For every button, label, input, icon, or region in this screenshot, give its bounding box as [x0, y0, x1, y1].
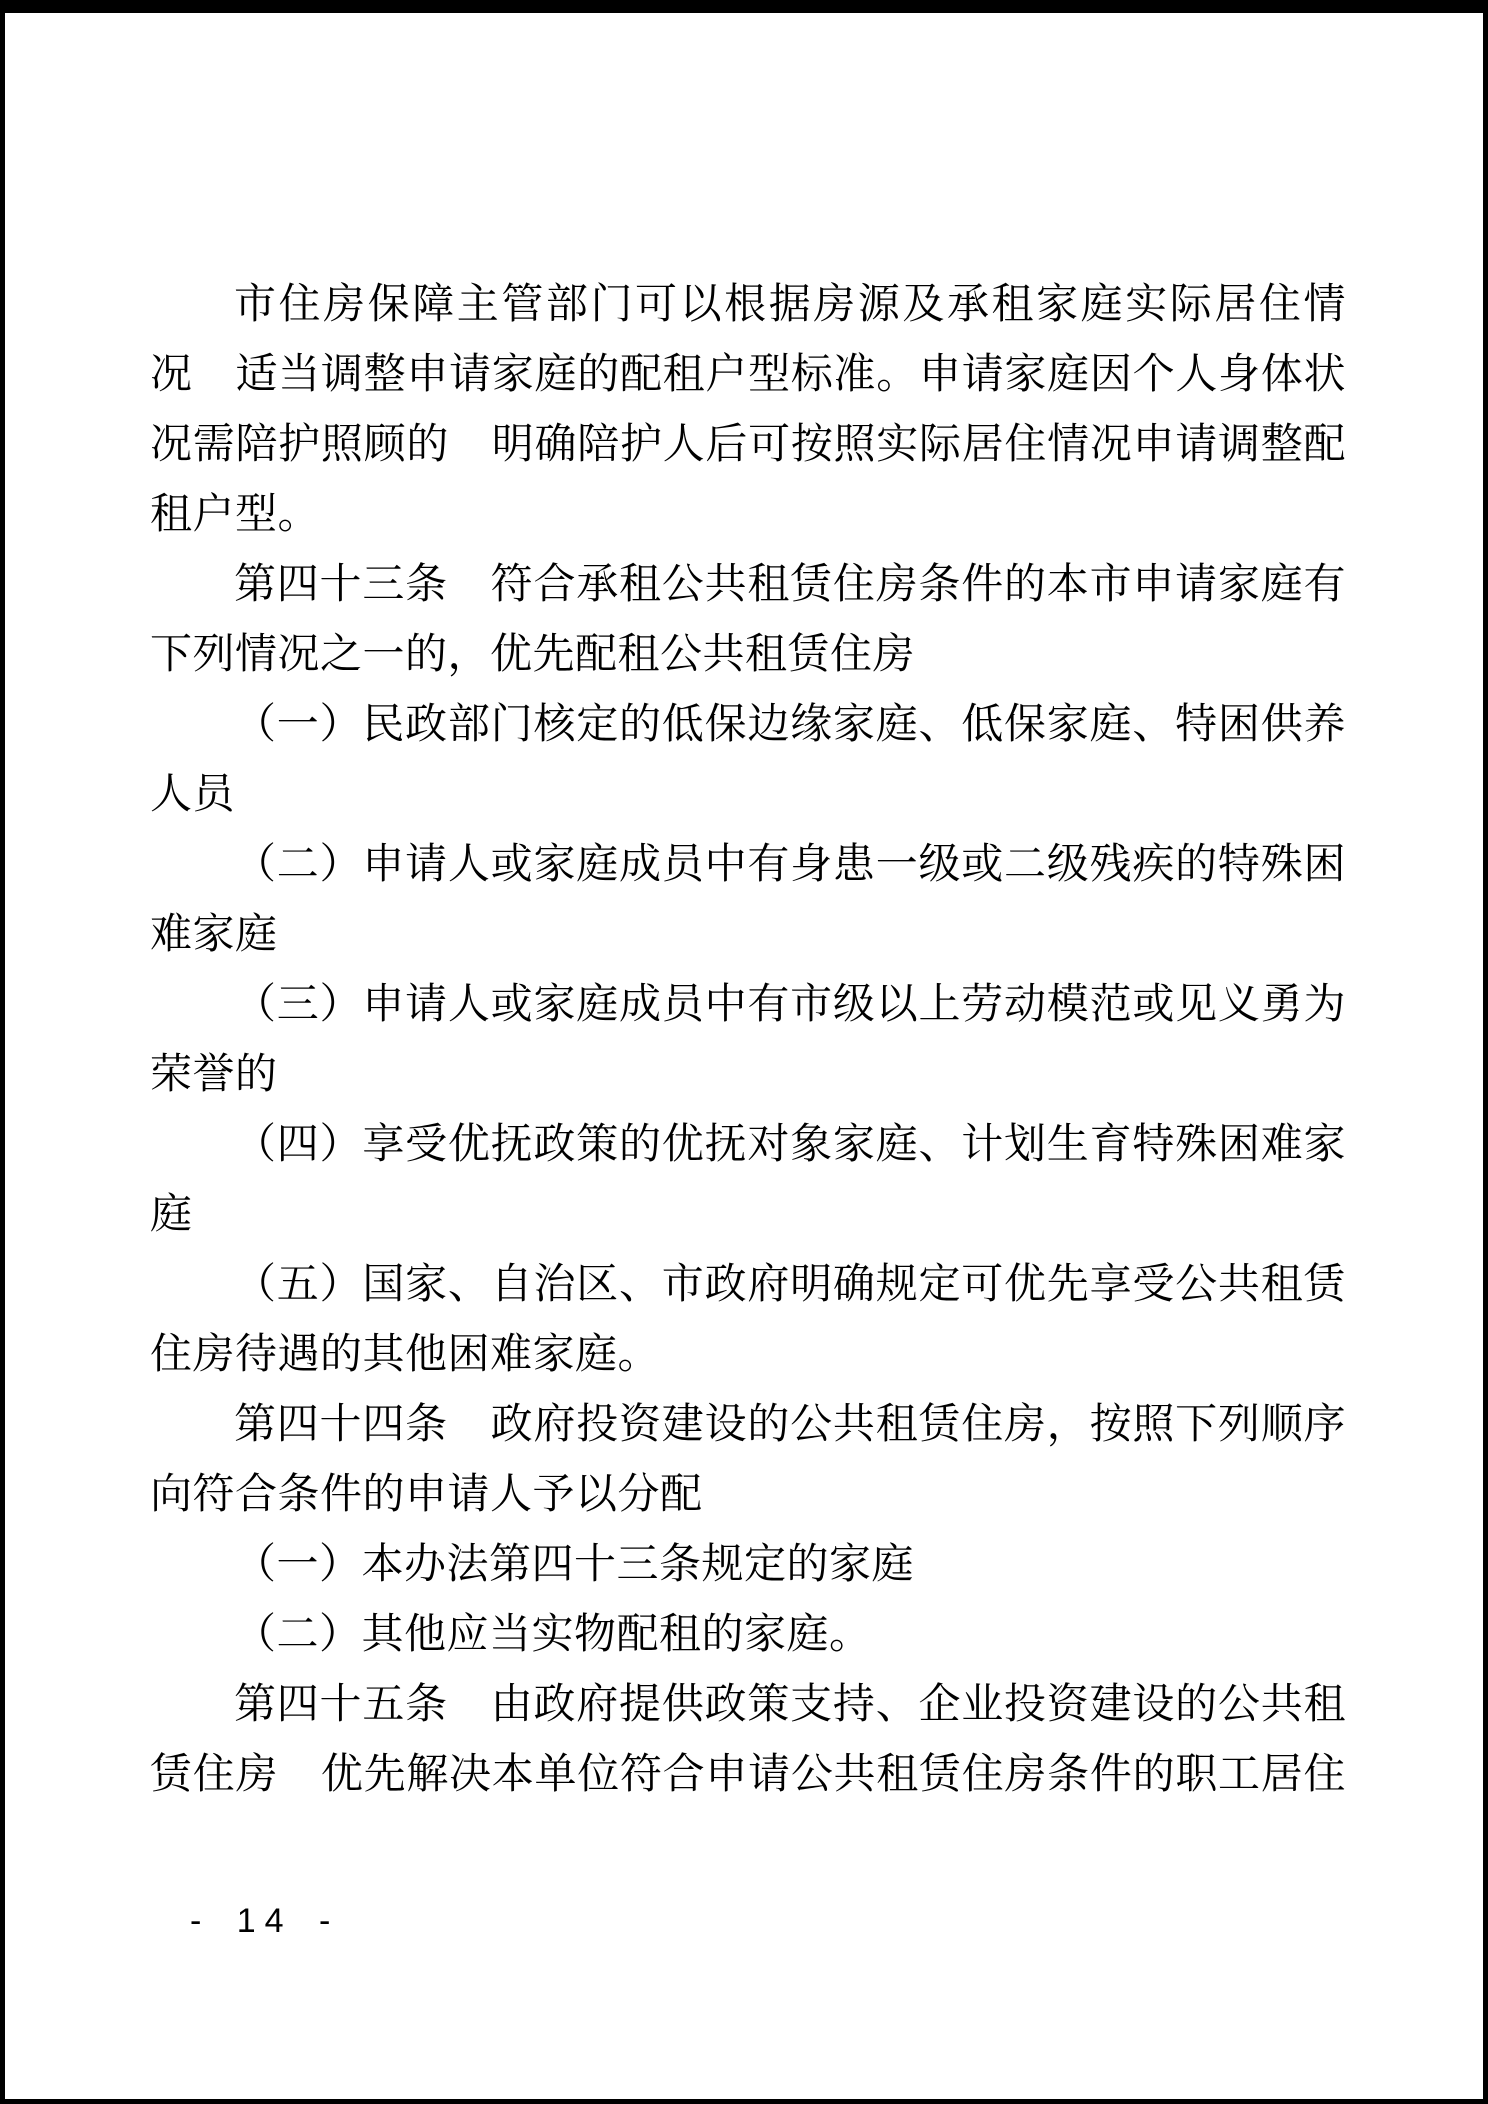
paragraph-item-4: （四）享受优抚政策的优抚对象家庭、计划生育特殊困难家 庭	[150, 1109, 1346, 1249]
document-page: 市住房保障主管部门可以根据房源及承租家庭实际居住情 况 适当调整申请家庭的配租户…	[0, 0, 1488, 2104]
paragraph-article-44: 第四十四条 政府投资建设的公共租赁住房，按照下列顺序 向符合条件的申请人予以分配	[150, 1389, 1346, 1529]
text-line: （四）享受优抚政策的优抚对象家庭、计划生育特殊困难家	[150, 1109, 1346, 1179]
paragraph: 市住房保障主管部门可以根据房源及承租家庭实际居住情 况 适当调整申请家庭的配租户…	[150, 269, 1346, 549]
text-line: 荣誉的	[150, 1039, 1346, 1109]
text-line: 难家庭	[150, 899, 1346, 969]
text-line: 赁住房 优先解决本单位符合申请公共租赁住房条件的职工居住	[150, 1739, 1346, 1809]
paragraph-item-1b: （一）本办法第四十三条规定的家庭	[150, 1529, 1346, 1599]
text-line: （一）本办法第四十三条规定的家庭	[150, 1529, 1346, 1599]
text-line: （一）民政部门核定的低保边缘家庭、低保家庭、特困供养	[150, 689, 1346, 759]
text-line: 市住房保障主管部门可以根据房源及承租家庭实际居住情	[150, 269, 1346, 339]
text-line: 第四十四条 政府投资建设的公共租赁住房，按照下列顺序	[150, 1389, 1346, 1459]
text-line: 第四十三条 符合承租公共租赁住房条件的本市申请家庭有	[150, 549, 1346, 619]
text-line: 况需陪护照顾的 明确陪护人后可按照实际居住情况申请调整配	[150, 409, 1346, 479]
paragraph-item-5: （五）国家、自治区、市政府明确规定可优先享受公共租赁 住房待遇的其他困难家庭。	[150, 1249, 1346, 1389]
paragraph-item-2b: （二）其他应当实物配租的家庭。	[150, 1599, 1346, 1669]
text-line: （五）国家、自治区、市政府明确规定可优先享受公共租赁	[150, 1249, 1346, 1319]
text-line: 第四十五条 由政府提供政策支持、企业投资建设的公共租	[150, 1669, 1346, 1739]
text-line: （二）其他应当实物配租的家庭。	[150, 1599, 1346, 1669]
paragraph-article-43: 第四十三条 符合承租公共租赁住房条件的本市申请家庭有 下列情况之一的，优先配租公…	[150, 549, 1346, 689]
paragraph-item-3: （三）申请人或家庭成员中有市级以上劳动模范或见义勇为 荣誉的	[150, 969, 1346, 1109]
text-line: 向符合条件的申请人予以分配	[150, 1459, 1346, 1529]
text-line: 租户型。	[150, 479, 1346, 549]
document-body: 市住房保障主管部门可以根据房源及承租家庭实际居住情 况 适当调整申请家庭的配租户…	[150, 269, 1346, 1809]
text-line: 人员	[150, 759, 1346, 829]
text-line: （二）申请人或家庭成员中有身患一级或二级残疾的特殊困	[150, 829, 1346, 899]
paragraph-article-45: 第四十五条 由政府提供政策支持、企业投资建设的公共租 赁住房 优先解决本单位符合…	[150, 1669, 1346, 1809]
text-line: 庭	[150, 1179, 1346, 1249]
text-line: 下列情况之一的，优先配租公共租赁住房	[150, 619, 1346, 689]
text-line: 况 适当调整申请家庭的配租户型标准。申请家庭因个人身体状	[150, 339, 1346, 409]
page-number: - 14 -	[190, 1898, 339, 1944]
text-line: （三）申请人或家庭成员中有市级以上劳动模范或见义勇为	[150, 969, 1346, 1039]
text-line: 住房待遇的其他困难家庭。	[150, 1319, 1346, 1389]
paragraph-item-1: （一）民政部门核定的低保边缘家庭、低保家庭、特困供养 人员	[150, 689, 1346, 829]
paragraph-item-2: （二）申请人或家庭成员中有身患一级或二级残疾的特殊困 难家庭	[150, 829, 1346, 969]
